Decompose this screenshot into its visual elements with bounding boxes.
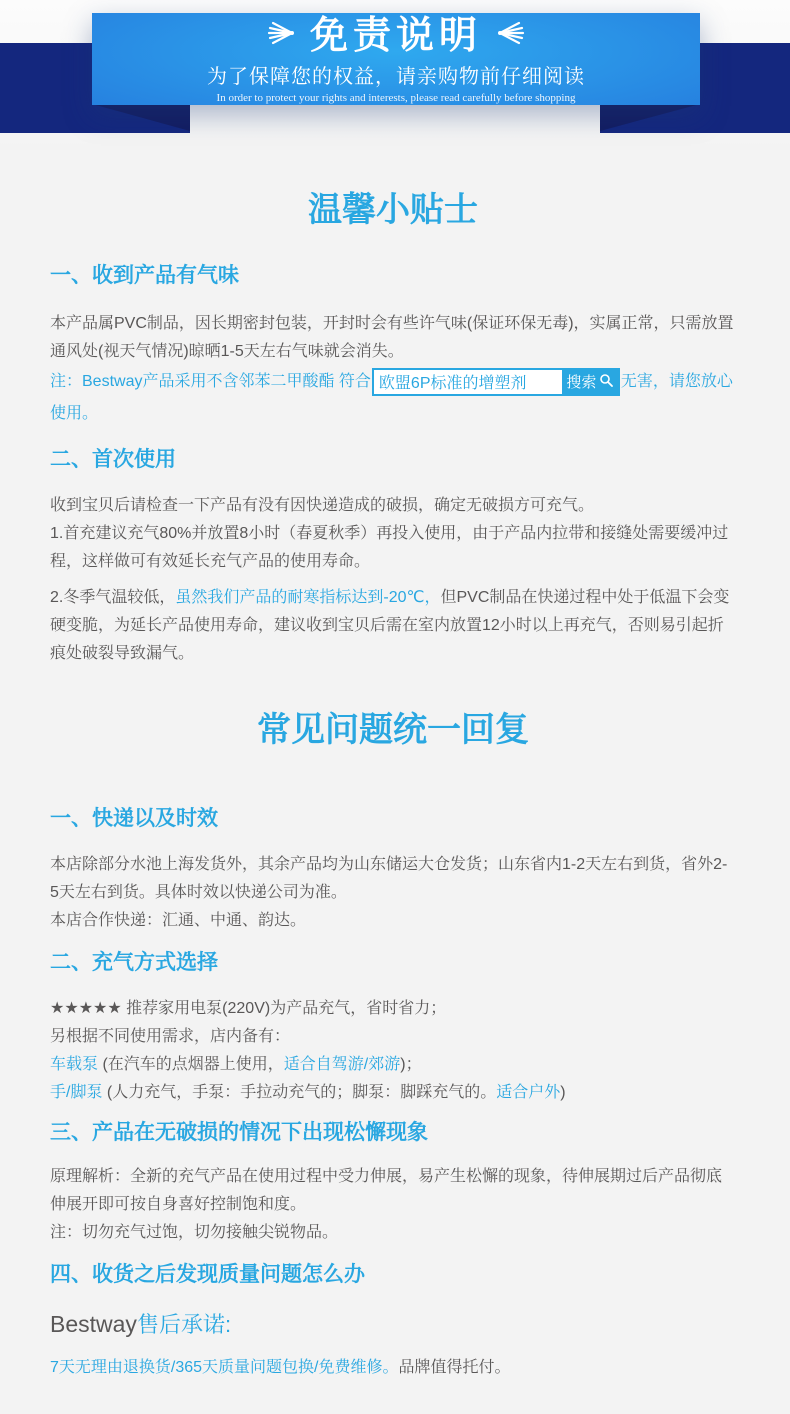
banner-subtitle-en: In order to protect your rights and inte… — [217, 92, 576, 104]
magnifier-icon — [599, 373, 613, 391]
tips-section1-paragraph: 本产品属PVC制品，因长期密封包装，开封时会有些许气味(保证环保无毒)，实属正常… — [50, 310, 736, 366]
banner-ribbon: 免责说明 为了保障您的权益，请亲购物前仔细阅读 In order to prot… — [92, 13, 700, 105]
note-prefix: 注：Bestway产品采用不含邻苯二甲酸酯 符合 — [50, 373, 371, 390]
faq-section2-heading: 二、充气方式选择 — [50, 949, 736, 977]
after-sale-promise: Bestway售后承诺: — [50, 1309, 736, 1340]
burst-right-icon — [496, 20, 526, 51]
faq-section3-heading: 三、产品在无破损的情况下出现松懈现象 — [50, 1119, 736, 1147]
faq-section3-note: 注：切勿充气过饱，切勿接触尖锐物品。 — [50, 1219, 736, 1247]
tips-section2-point2: 2.冬季气温较低，虽然我们产品的耐寒指标达到-20℃，但PVC制品在快递过程中处… — [50, 584, 736, 668]
faq-section1-couriers: 本店合作快递：汇通、中通、韵达。 — [50, 907, 736, 935]
brand-name: Bestway — [50, 1311, 137, 1337]
burst-left-icon — [266, 20, 296, 51]
faq-section2-recommendation: ★★★★★ 推荐家用电泵(220V)为产品充气，省时省力； — [50, 995, 736, 1023]
page-content: 温馨小贴士 一、收到产品有气味 本产品属PVC制品，因长期密封包装，开封时会有些… — [0, 190, 790, 1382]
search-button[interactable]: 搜索 — [562, 370, 618, 394]
tips-section1-note: 注：Bestway产品采用不含邻苯二甲酸酯 符合搜索无害，请您放心使用。 — [50, 366, 736, 430]
search-box: 搜索 — [372, 368, 620, 396]
faq-section2-options-intro: 另根据不同使用需求，店内备有： — [50, 1023, 736, 1051]
star-rating: ★★★★★ — [50, 1000, 122, 1017]
banner-subtitle: 为了保障您的权益，请亲购物前仔细阅读 — [207, 60, 585, 89]
guarantee-line: 7天无理由退换货/365天质量问题包换/免费维修。品牌值得托付。 — [50, 1354, 736, 1382]
faq-section1-paragraph: 本店除部分水池上海发货外，其余产品均为山东储运大仓发货；山东省内1-2天左右到货… — [50, 851, 736, 907]
search-input[interactable] — [374, 370, 562, 394]
tips-section1-heading: 一、收到产品有气味 — [50, 262, 736, 290]
tips-section2-point1: 1.首充建议充气80%并放置8小时（春夏秋季）再投入使用，由于产品内拉带和接缝处… — [50, 520, 736, 576]
faq-title: 常见问题统一回复 — [50, 710, 736, 750]
faq-section4-heading: 四、收货之后发现质量问题怎么办 — [50, 1261, 736, 1289]
tips-title: 温馨小贴士 — [50, 190, 736, 230]
banner-title: 免责说明 — [310, 17, 482, 55]
tips-section2-heading: 二、首次使用 — [50, 446, 736, 474]
disclaimer-banner: 免责说明 为了保障您的权益，请亲购物前仔细阅读 In order to prot… — [0, 0, 790, 150]
faq-section3-paragraph: 原理解析：全新的充气产品在使用过程中受力伸展，易产生松懈的现象，待伸展期过后产品… — [50, 1163, 736, 1219]
tips-section2-intro: 收到宝贝后请检查一下产品有没有因快递造成的破损，确定无破损方可充气。 — [50, 492, 736, 520]
faq-section2-pump2: 手/脚泵 (人力充气，手泵：手拉动充气的；脚泵：脚踩充气的。适合户外) — [50, 1079, 736, 1107]
faq-section1-heading: 一、快递以及时效 — [50, 805, 736, 833]
faq-section2-pump1: 车载泵 (在汽车的点烟器上使用，适合自驾游/郊游)； — [50, 1051, 736, 1079]
